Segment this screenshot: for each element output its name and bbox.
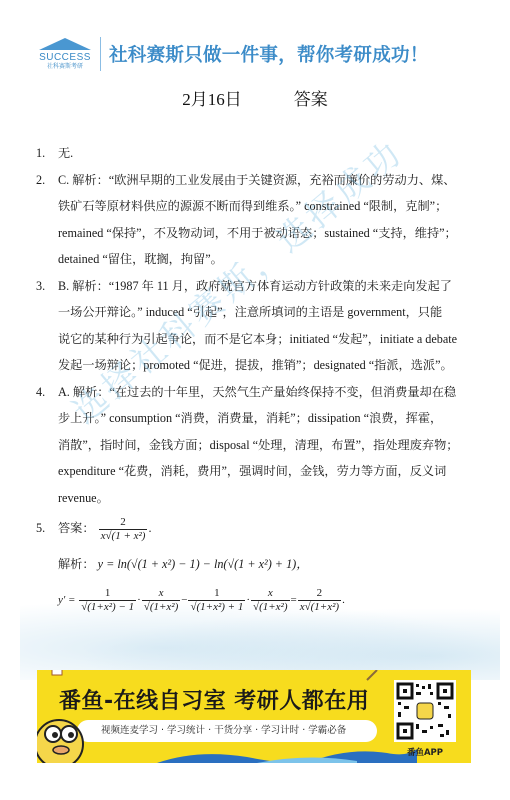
answer-line: C. 解析：“欧洲早期的工业发展由于关键资源，充裕而廉价的劳动力、煤、 (58, 167, 482, 194)
answer-line: 铁矿石等原材料供应的源源不断而得到维系。” constrained “限制，克制… (58, 193, 482, 220)
banner-features: 视频连麦学习 · 学习统计 · 干货分享 · 学习计时 · 学霸必备 (77, 720, 377, 742)
fraction: 2x√(1 + x²) (99, 516, 148, 543)
answer-list: 1. 无. 2. C. 解析：“欧洲早期的工业发展由于关键资源，充裕而廉价的劳动… (36, 140, 482, 614)
title-date: 2月16日 (182, 85, 242, 110)
title-label: 答案 (294, 85, 328, 110)
analysis-label: 解析： (58, 557, 95, 571)
header-divider (100, 37, 101, 71)
answer-line: expenditure “花费，消耗，费用”，强调时间，金钱，劳力等方面，反义词 (58, 458, 482, 485)
derivative-formula: y′ = 1√(1+x²) − 1·x√(1+x²)−1√(1+x²) + 1·… (58, 587, 482, 614)
qr-label: 番鱼APP (394, 746, 456, 758)
answer-item-1: 1. 无. (36, 140, 482, 167)
item-number: 4. (36, 379, 58, 512)
roof-icon (39, 38, 91, 50)
denominator: √(1+x²) − 1 (79, 600, 136, 614)
banner-title: 番鱼-在线自习室 考研人都在用 (59, 684, 369, 715)
answer-item-5: 5. 答案： 2x√(1 + x²). 解析： y = ln(√(1 + x²)… (36, 515, 482, 614)
page-header: SUCCESS 社科赛斯考研 社科赛斯只做一件事，帮你考研成功！ (35, 34, 485, 74)
derivative-lhs: y′ = (58, 594, 75, 606)
answer-item-2: 2. C. 解析：“欧洲早期的工业发展由于关键资源，充裕而廉价的劳动力、煤、 铁… (36, 167, 482, 273)
qr-code[interactable] (394, 680, 456, 742)
denominator: √(1+x²) + 1 (188, 600, 245, 614)
qr-code-icon (394, 680, 456, 742)
pencil-icon (365, 670, 379, 682)
ad-banner[interactable]: 番鱼-在线自习室 考研人都在用 视频连麦学习 · 学习统计 · 干货分享 · 学… (37, 670, 471, 763)
numerator: 2 (99, 516, 148, 529)
denominator: √(1+x²) (142, 600, 180, 614)
analysis-formula: 解析： y = ln(√(1 + x²) − 1) − ln(√(1 + x²)… (58, 551, 482, 578)
equation: y = ln(√(1 + x²) − 1) − ln(√(1 + x²) + 1… (98, 557, 309, 571)
answer-line: A. 解析：“在过去的十年里，天然气生产量始终保持不变，但消费量却在稳 (58, 379, 482, 406)
denominator: x√(1+x²) (298, 600, 341, 614)
numerator: 1 (79, 587, 136, 600)
answer-line: B. 解析：“1987 年 11 月，政府就官方体育运动方针政策的未来走向发起了 (58, 273, 482, 300)
document-page: SUCCESS 社科赛斯考研 社科赛斯只做一件事，帮你考研成功！ 2月16日答案… (0, 0, 510, 800)
logo-text-cn: 社科赛斯考研 (47, 63, 83, 71)
answer-line: 一场公开辩论。” induced “引起”，注意所填词的主语是 governme… (58, 299, 482, 326)
page-title: 2月16日答案 (0, 85, 510, 110)
answer-line: remained “保持”，不及物动词，不用于被动语态；sustained “支… (58, 220, 482, 247)
header-slogan: 社科赛斯只做一件事，帮你考研成功！ (109, 41, 429, 67)
item-number: 2. (36, 167, 58, 273)
fraction: 1√(1+x²) − 1 (79, 587, 136, 614)
fraction: 2x√(1+x²) (298, 587, 341, 614)
answer-line: 说它的某种行为引起争论，而不是它本身；initiated “发起”，initia… (58, 326, 482, 353)
numerator: 1 (188, 587, 245, 600)
answer-item-3: 3. B. 解析：“1987 年 11 月，政府就官方体育运动方针政策的未来走向… (36, 273, 482, 379)
fraction: x√(1+x²) (142, 587, 180, 614)
notebook-icon (51, 670, 63, 676)
denominator: √(1+x²) (251, 600, 289, 614)
numerator: x (142, 587, 180, 600)
fraction: 1√(1+x²) + 1 (188, 587, 245, 614)
answer-line: revenue。 (58, 485, 482, 512)
answer-formula: 答案： 2x√(1 + x²). (58, 515, 482, 543)
wave-decoration (157, 745, 417, 763)
pufferfish-mascot-icon (37, 712, 91, 763)
answer-item-4: 4. A. 解析：“在过去的十年里，天然气生产量始终保持不变，但消费量却在稳 步… (36, 379, 482, 512)
answer-line: 消散”，指时间，金钱方面；disposal “处理，清理，布置”，指处理废弃物； (58, 432, 482, 459)
brand-logo: SUCCESS 社科赛斯考研 (35, 38, 95, 71)
answer-line: detained “留住，耽搁，拘留”。 (58, 246, 482, 273)
denominator: x√(1 + x²) (99, 529, 148, 543)
answer-label: 答案： (58, 521, 95, 535)
item-number: 3. (36, 273, 58, 379)
logo-text-en: SUCCESS (39, 52, 91, 63)
item-number: 5. (36, 515, 58, 614)
item-number: 1. (36, 140, 58, 167)
answer-line: 步上升。” consumption “消费，消费量，消耗”；dissipatio… (58, 405, 482, 432)
numerator: x (251, 587, 289, 600)
fraction: x√(1+x²) (251, 587, 289, 614)
numerator: 2 (298, 587, 341, 600)
answer-text: 无. (58, 140, 482, 167)
answer-line: 发起一场辩论；promoted “促进，提拔，推销”；designated “指… (58, 352, 482, 379)
